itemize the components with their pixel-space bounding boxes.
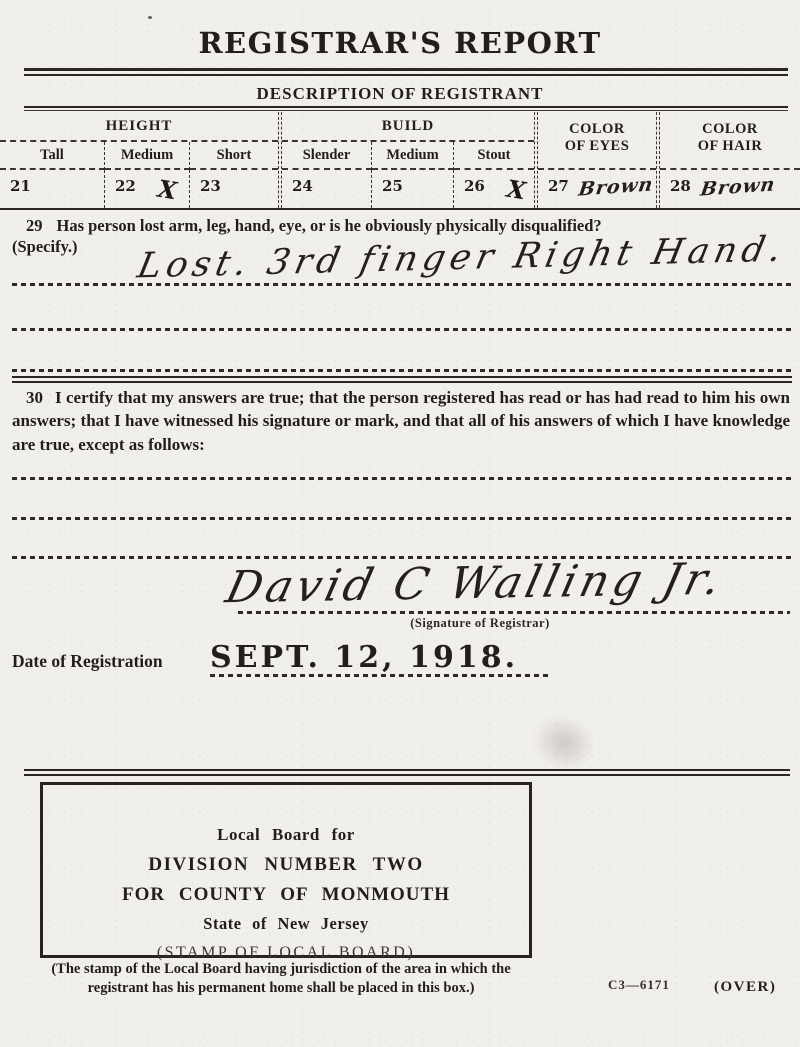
registrar-signature: David C Walling Jr. bbox=[221, 554, 729, 614]
field-28-hair-color: 28 Brown bbox=[660, 170, 800, 208]
over-label: (OVER) bbox=[714, 979, 776, 996]
field-21-tall: 21 bbox=[0, 170, 105, 208]
answer-line-3 bbox=[12, 369, 792, 372]
col-medium2-label: Medium bbox=[372, 142, 454, 170]
build-group-label: BUILD bbox=[282, 112, 534, 142]
handwritten-x-mark: X bbox=[505, 174, 528, 206]
answer-line-1 bbox=[12, 283, 792, 286]
local-board-stamp-box: Local Board for DIVISION NUMBER TWO FOR … bbox=[40, 782, 532, 958]
certification-30-number: 30 bbox=[12, 388, 55, 407]
description-table: HEIGHT BUILD COLOR OF EYES COLOR OF HAIR… bbox=[0, 112, 800, 210]
height-group-label: HEIGHT bbox=[0, 112, 278, 142]
question-29-text: Has person lost arm, leg, hand, eye, or … bbox=[57, 216, 602, 235]
signature-caption: (Signature of Registrar) bbox=[350, 616, 610, 631]
page-title: REGISTRAR'S REPORT bbox=[0, 26, 800, 60]
registrar-report-document: REGISTRAR'S REPORT DESCRIPTION OF REGIST… bbox=[0, 0, 800, 1047]
field-24-slender: 24 bbox=[282, 170, 372, 208]
exception-line-2 bbox=[12, 517, 792, 520]
col-short-label: Short bbox=[190, 142, 278, 170]
field-25-medium: 25 bbox=[372, 170, 454, 208]
col-medium-label: Medium bbox=[105, 142, 190, 170]
stamp-line-division: DIVISION NUMBER TWO bbox=[43, 854, 529, 876]
field-27-eye-color: 27 Brown bbox=[538, 170, 656, 208]
form-code: C3—6171 bbox=[608, 977, 670, 993]
date-stamp: SEPT. 12, 1918. bbox=[210, 640, 518, 675]
field-23-short: 23 bbox=[190, 170, 278, 208]
signature-line bbox=[238, 611, 790, 614]
certification-30: 30I certify that my answers are true; th… bbox=[12, 386, 790, 456]
stamp-line-local-board: Local Board for bbox=[43, 825, 529, 845]
answer-line-2 bbox=[12, 328, 792, 331]
stamp-line-county: FOR COUNTY OF MONMOUTH bbox=[43, 884, 529, 906]
ink-speck bbox=[148, 16, 152, 19]
section-header: DESCRIPTION OF REGISTRANT bbox=[0, 84, 800, 104]
col-slender-label: Slender bbox=[282, 142, 372, 170]
handwritten-hair-color: Brown bbox=[699, 173, 777, 200]
stamp-box-note: (The stamp of the Local Board having jur… bbox=[26, 960, 536, 998]
handwritten-eye-color: Brown bbox=[577, 173, 655, 200]
handwritten-x-mark: X bbox=[156, 174, 179, 206]
col-stout-label: Stout bbox=[454, 142, 534, 170]
divider-above-stamp-box bbox=[24, 769, 790, 776]
certification-30-text: I certify that my answers are true; that… bbox=[12, 388, 790, 454]
color-of-hair-label: COLOR OF HAIR bbox=[660, 112, 800, 170]
col-tall-label: Tall bbox=[0, 142, 105, 170]
field-22-medium: 22 X bbox=[105, 170, 190, 208]
exception-line-1 bbox=[12, 477, 792, 480]
color-of-eyes-label: COLOR OF EYES bbox=[538, 112, 656, 170]
field-26-stout: 26 X bbox=[454, 170, 534, 208]
divider-under-section-header bbox=[24, 106, 788, 111]
date-of-registration-label: Date of Registration bbox=[12, 651, 163, 672]
divider-above-certification bbox=[12, 376, 792, 383]
stamp-line-state: State of New Jersey bbox=[43, 914, 529, 934]
divider-double-top bbox=[24, 68, 788, 76]
question-29-number: 29 bbox=[12, 216, 57, 235]
